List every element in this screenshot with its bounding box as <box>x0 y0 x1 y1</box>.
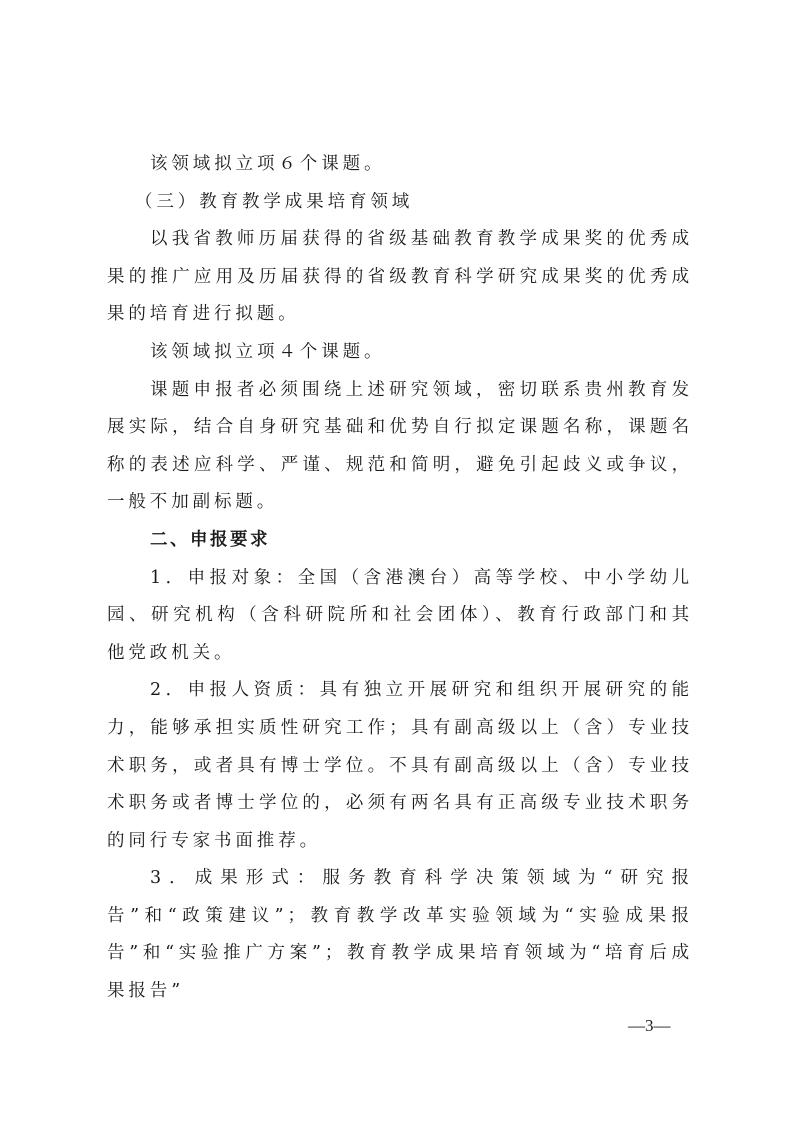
page-number: —3— <box>628 1016 671 1036</box>
paragraph-topic-count-6: 该领域拟立项６个课题。 <box>107 146 693 184</box>
paragraph-applicant-scope: 1．申报对象：全国（含港澳台）高等学校、中小学幼儿园、研究机构（含科研院所和社会… <box>107 560 693 673</box>
section-heading-application-requirements: 二、申报要求 <box>107 522 693 560</box>
paragraph-topic-guidance: 课题申报者必须围绕上述研究领域，密切联系贵州教育发展实际，结合自身研究基础和优势… <box>107 372 693 522</box>
paragraph-result-forms: 3．成果形式：服务教育科学决策领域为“研究报告”和“政策建议”；教育教学改革实验… <box>107 860 693 1010</box>
paragraph-applicant-qualification: 2．申报人资质：具有独立开展研究和组织开展研究的能力，能够承担实质性研究工作；具… <box>107 672 693 860</box>
paragraph-topic-count-4: 该领域拟立项４个课题。 <box>107 334 693 372</box>
document-page: 该领域拟立项６个课题。 （三）教育教学成果培育领域 以我省教师历届获得的省级基础… <box>0 0 793 1122</box>
paragraph-achievement-cultivation: 以我省教师历届获得的省级基础教育教学成果奖的优秀成果的推广应用及历届获得的省级教… <box>107 221 693 334</box>
subheading-achievement-cultivation: （三）教育教学成果培育领域 <box>107 184 693 222</box>
document-body: 该领域拟立项６个课题。 （三）教育教学成果培育领域 以我省教师历届获得的省级基础… <box>107 146 693 1011</box>
